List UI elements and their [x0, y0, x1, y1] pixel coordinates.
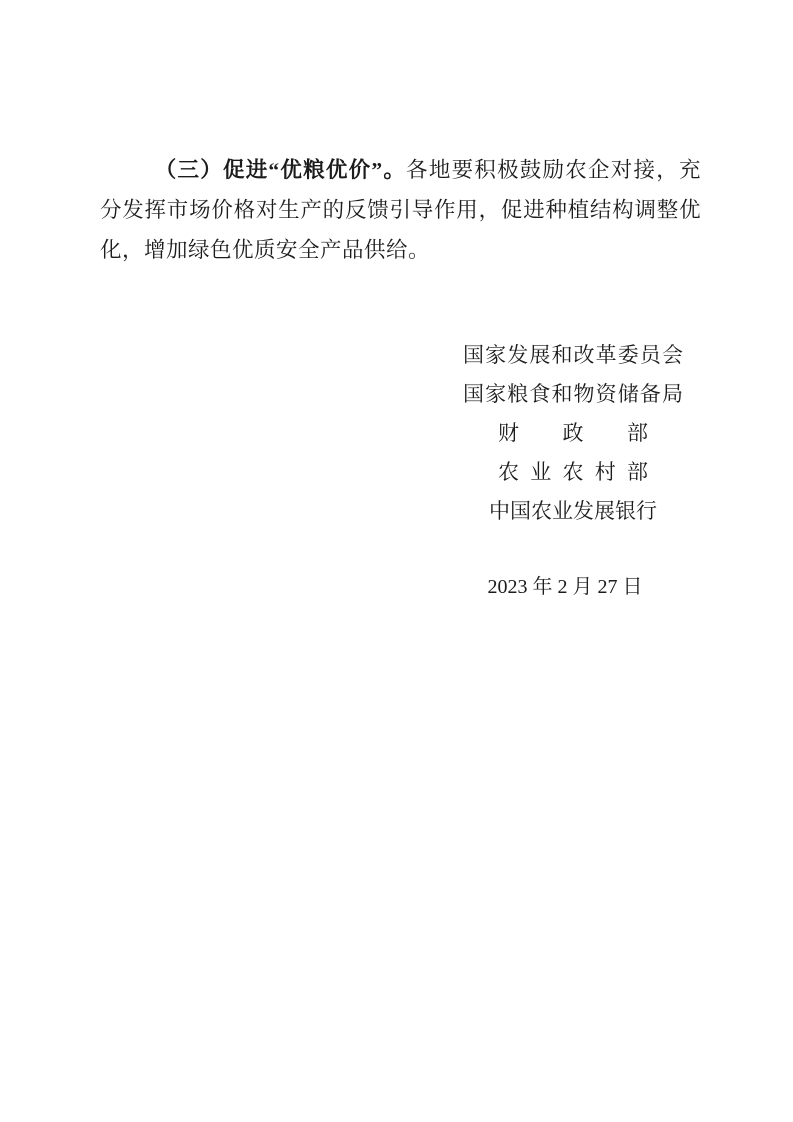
document-date: 2023 年 2 月 27 日 [447, 572, 683, 602]
document-page: （三）促进“优粮优价”。各地要积极鼓励农企对接，充分发挥市场价格对生产的反馈引导… [0, 0, 793, 1122]
signer-line-finance-ministry: 财政部 [463, 414, 683, 453]
paragraph-lead-bold: （三）促进“优粮优价”。 [154, 158, 406, 182]
signer-line-grain-reserves: 国家粮食和物资储备局 [463, 375, 683, 414]
signer-line-adbc: 中国农业发展银行 [463, 492, 683, 531]
signer-line-ndrc: 国家发展和改革委员会 [463, 336, 683, 375]
signer-line-agriculture-ministry: 农业农村部 [463, 453, 683, 492]
body-paragraph: （三）促进“优粮优价”。各地要积极鼓励农企对接，充分发挥市场价格对生产的反馈引导… [100, 150, 701, 270]
signature-block: 国家发展和改革委员会 国家粮食和物资储备局 财政部 农业农村部 中国农业发展银行… [463, 336, 683, 602]
